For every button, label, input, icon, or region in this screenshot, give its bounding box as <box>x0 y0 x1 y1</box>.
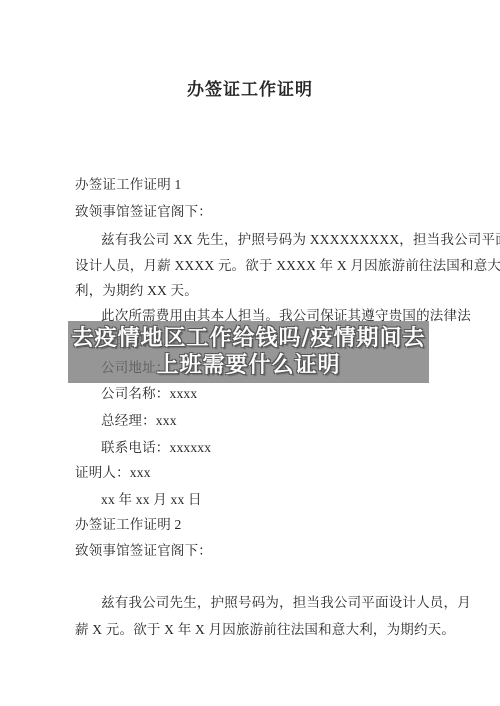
doc-line-salutation-2: 致领事馆签证官阁下： <box>75 542 435 560</box>
doc-line-company-name: 公司名称：xxxx <box>101 385 461 403</box>
document-title: 办签证工作证明 <box>0 75 500 100</box>
doc-line-certifier: 证明人：xxx <box>75 464 435 482</box>
doc-line-heading-2: 办签证工作证明 2 <box>75 516 435 534</box>
caption-line-2: 上班需要什么证明 <box>156 352 340 379</box>
doc-line-body: 兹有我公司先生，护照号码为，担当我公司平面设计人员，月 <box>101 594 461 612</box>
doc-line-phone: 联系电话：xxxxxx <box>101 439 461 457</box>
doc-line-date: xx 年 xx 月 xx 日 <box>101 491 461 509</box>
doc-line-heading-1: 办签证工作证明 1 <box>75 176 435 194</box>
doc-line-body: 兹有我公司 XX 先生，护照号码为 XXXXXXXXX，担当我公司平面 <box>101 231 461 249</box>
doc-line-body: 设计人员，月薪 XXXX 元。欲于 XXXX 年 X 月因旅游前往法国和意大 <box>75 257 435 275</box>
doc-line-general-manager: 总经理：xxx <box>101 412 461 430</box>
doc-line-body: 薪 X 元。欲于 X 年 X 月因旅游前往法国和意大利，为期约天。 <box>75 621 435 639</box>
document-page: 办签证工作证明 办签证工作证明 1 致领事馆签证官阁下： 兹有我公司 XX 先生… <box>0 0 500 706</box>
doc-line-body: 利，为期约 XX 天。 <box>75 282 435 300</box>
doc-line-salutation-1: 致领事馆签证官阁下： <box>75 203 435 221</box>
caption-line-1: 去疫情地区工作给钱吗/疫情期间去 <box>71 325 425 352</box>
caption-overlay: 去疫情地区工作给钱吗/疫情期间去 上班需要什么证明 <box>68 321 429 383</box>
